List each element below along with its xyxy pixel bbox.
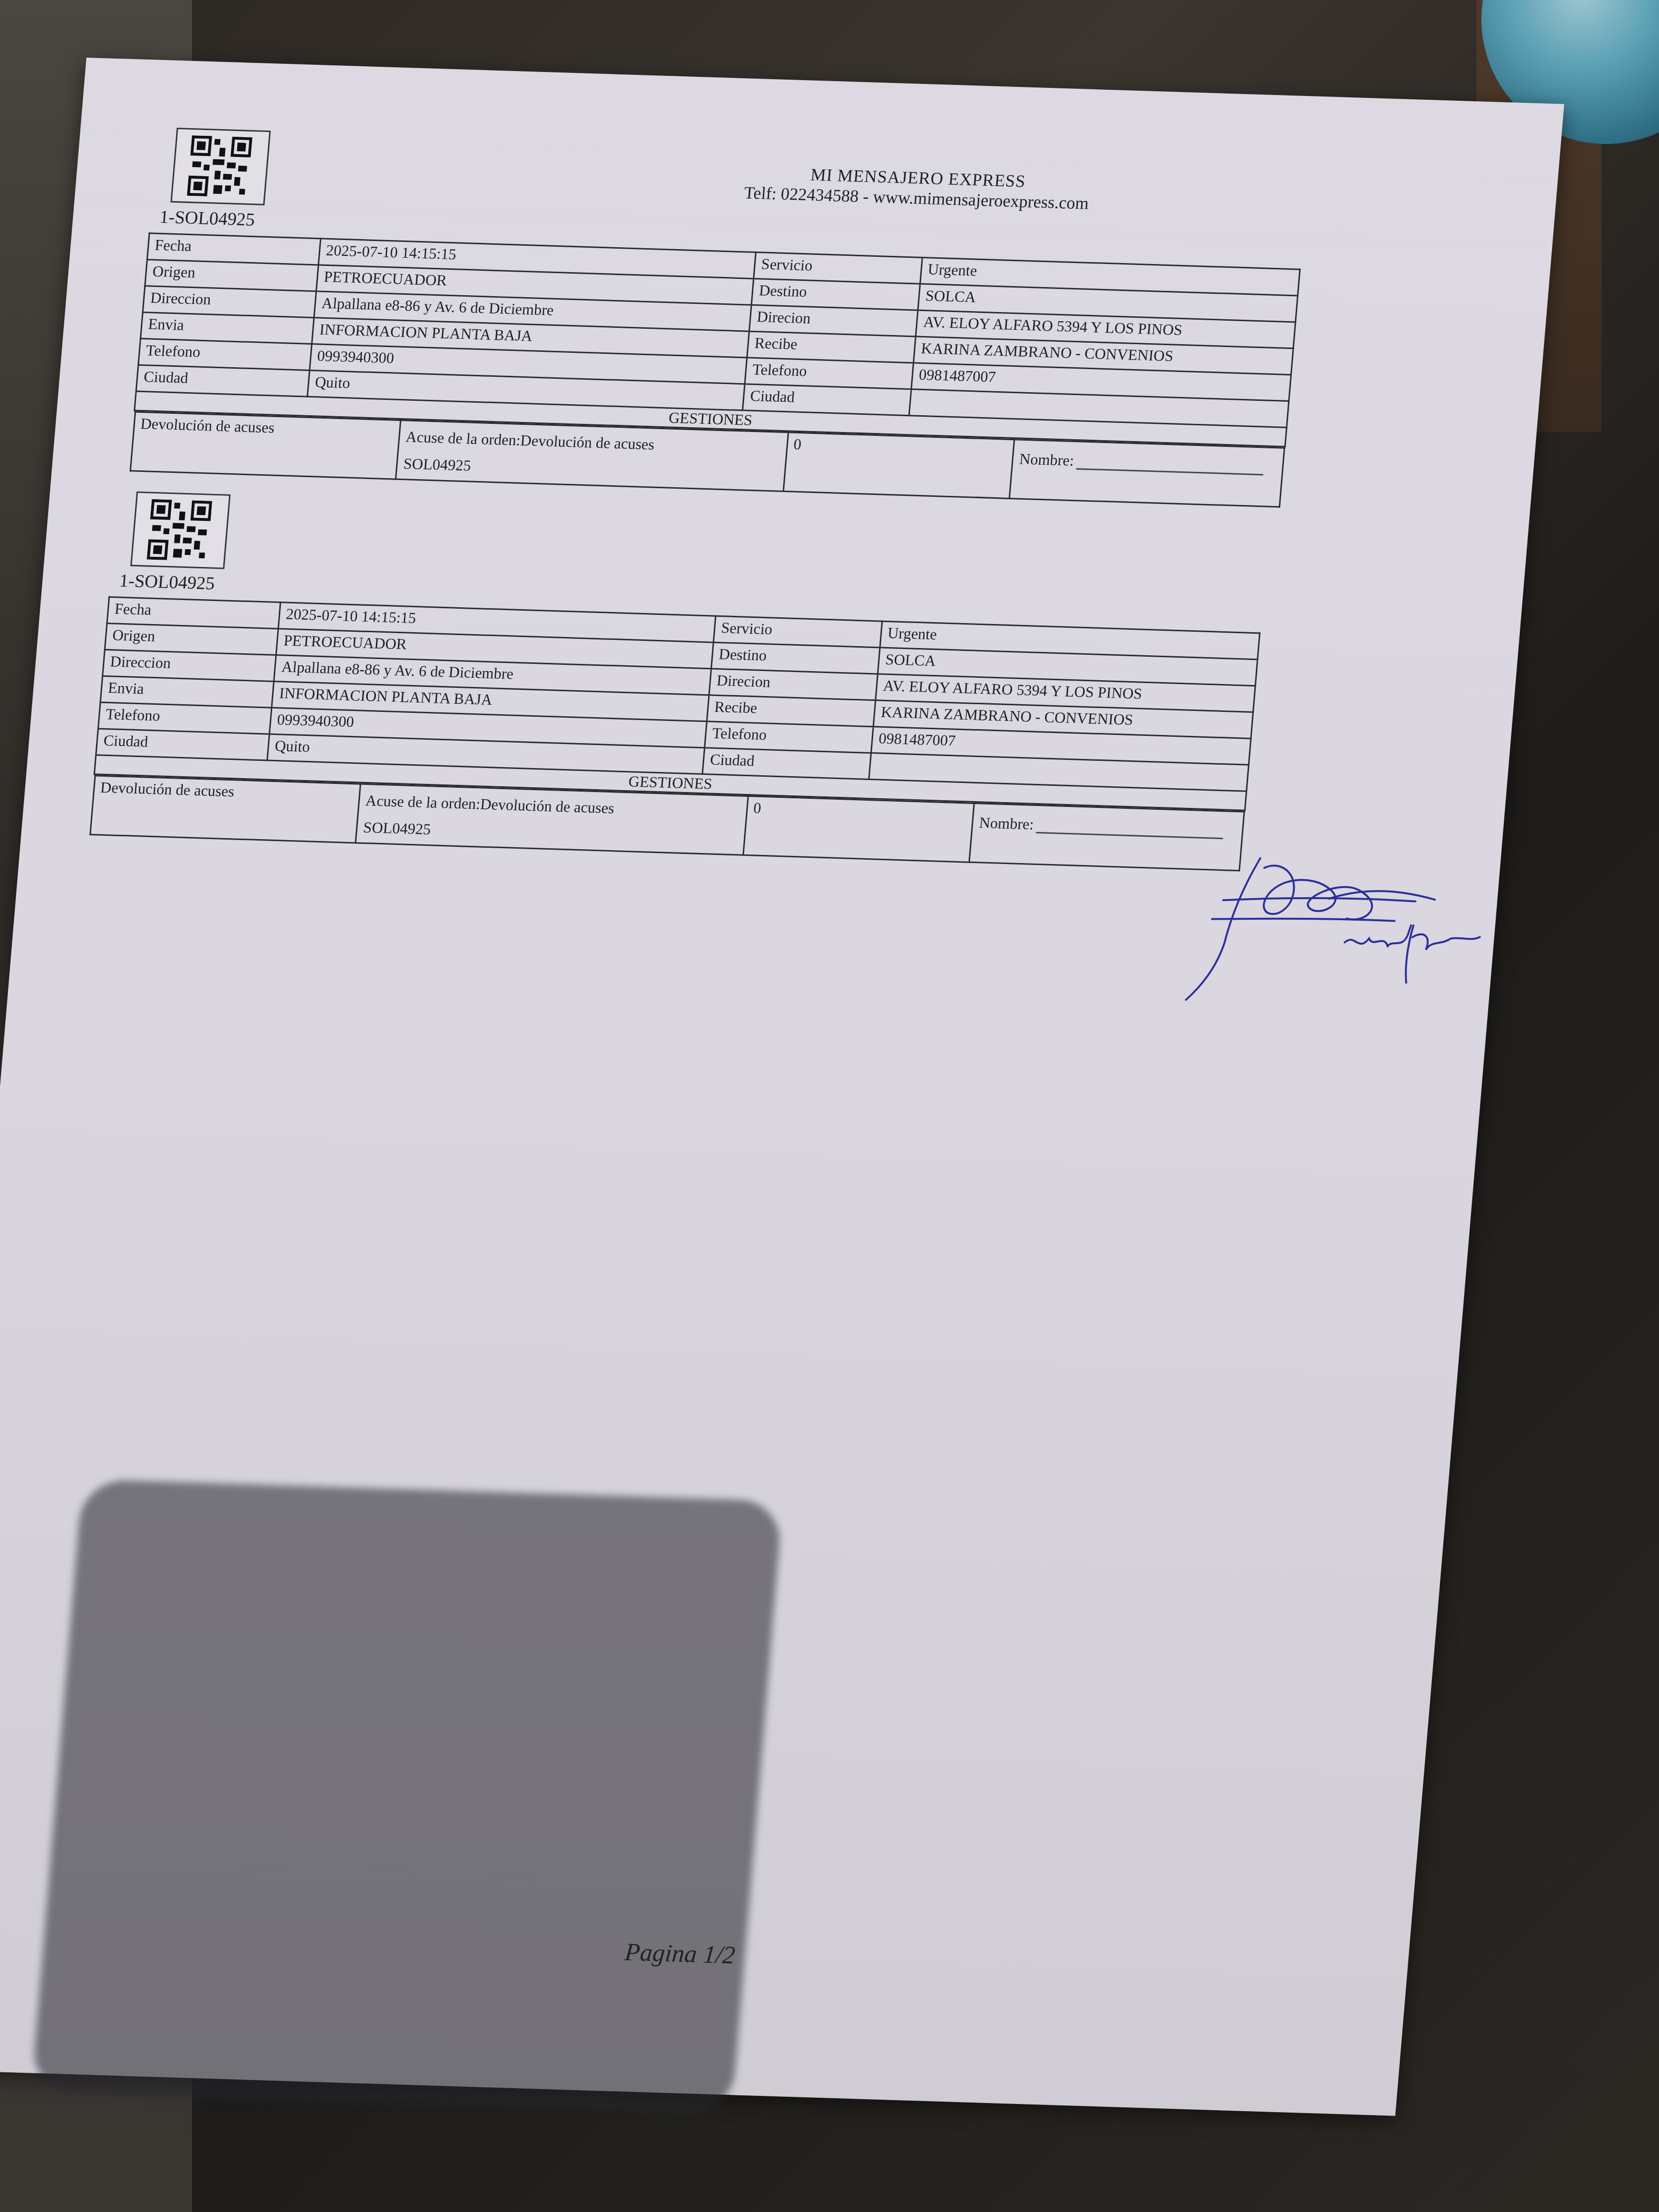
gestion-tipo: Devolución de acuses [130, 412, 401, 479]
gestion-nombre: Nombre: [1010, 440, 1284, 507]
signature-line [1036, 832, 1223, 839]
document-header: MI MENSAJERO EXPRESS Telf: 022434588 - w… [556, 156, 1279, 219]
gestion-cantidad: 0 [743, 796, 974, 863]
qr-code-icon [170, 128, 271, 205]
qr-code-glyph [187, 135, 252, 198]
gestion-cantidad: 0 [783, 433, 1015, 499]
qr-code-icon [130, 492, 230, 569]
page-number: Pagina 1/2 [624, 1938, 736, 1970]
gestion-tipo: Devolución de acuses [90, 776, 361, 843]
hand-shadow [31, 1479, 783, 2114]
gestion-detalle: Acuse de la orden:Devolución de acuses S… [396, 420, 788, 491]
qr-code-glyph [147, 499, 212, 562]
signature-line [1076, 468, 1263, 475]
shipment-form: Fecha 2025-07-10 14:15:15 Servicio Urgen… [88, 596, 1261, 871]
handwritten-signature [1176, 846, 1525, 1020]
order-code: 1-SOL04925 [159, 206, 256, 230]
nombre-label: Nombre: [1019, 450, 1075, 469]
gestion-detalle: Acuse de la orden:Devolución de acuses S… [356, 784, 748, 855]
document-page: MI MENSAJERO EXPRESS Telf: 022434588 - w… [0, 58, 1564, 2116]
shipment-form: Fecha 2025-07-10 14:15:15 Servicio Urgen… [129, 232, 1301, 507]
nombre-label: Nombre: [978, 814, 1034, 832]
order-code: 1-SOL04925 [119, 570, 216, 594]
